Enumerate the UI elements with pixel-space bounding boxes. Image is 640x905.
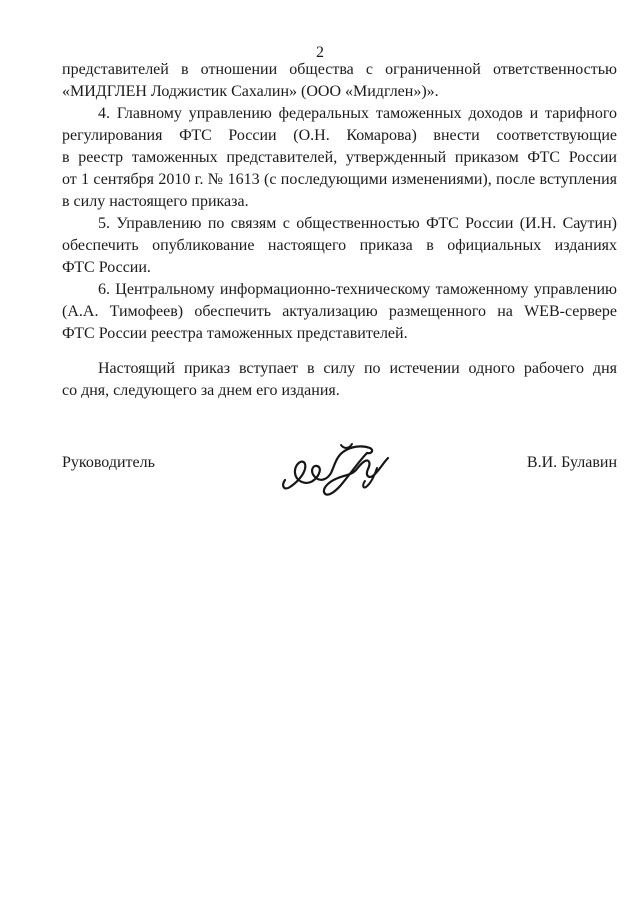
text-line: 5. Управлению по связям с общественность… (62, 213, 617, 235)
paragraph: представителей в отношении общества с ог… (62, 59, 617, 103)
text-line: (А.А. Тимофеев) обеспечить актуализацию … (62, 301, 617, 323)
text-line: в реестр таможенных представителей, утве… (62, 147, 617, 169)
text-line: Настоящий приказ вступает в силу по исте… (62, 358, 617, 380)
document-page: 2 представителей в отношении общества с … (0, 0, 640, 905)
signer-name: В.И. Булавин (527, 452, 617, 474)
text-line: регулирования ФТС России (О.Н. Комарова)… (62, 125, 617, 147)
text-line: со дня, следующего за днем его издания. (62, 380, 617, 402)
text-line: ФТС России реестра таможенных представит… (62, 323, 617, 345)
text-line: ФТС России. (62, 257, 617, 279)
text-line: обеспечить опубликование настоящего прик… (62, 235, 617, 257)
handwritten-signature-icon (280, 440, 395, 502)
text-line: 4. Главному управлению федеральных тамож… (62, 103, 617, 125)
paragraph: 6. Центральному информационно-техническо… (62, 279, 617, 345)
paragraph: Настоящий приказ вступает в силу по исте… (62, 358, 617, 402)
text-line: в силу настоящего приказа. (62, 191, 617, 213)
text-line: «МИДГЛЕН Лоджистик Сахалин» (ООО «Мидгле… (62, 81, 617, 103)
paragraph: 4. Главному управлению федеральных тамож… (62, 103, 617, 213)
text-line: от 1 сентября 2010 г. № 1613 (с последую… (62, 169, 617, 191)
document-body: представителей в отношении общества с ог… (62, 59, 617, 402)
signer-role-label: Руководитель (62, 452, 155, 474)
paragraph: 5. Управлению по связям с общественность… (62, 213, 617, 279)
text-line: 6. Центральному информационно-техническо… (62, 279, 617, 301)
text-line: представителей в отношении общества с ог… (62, 59, 617, 81)
